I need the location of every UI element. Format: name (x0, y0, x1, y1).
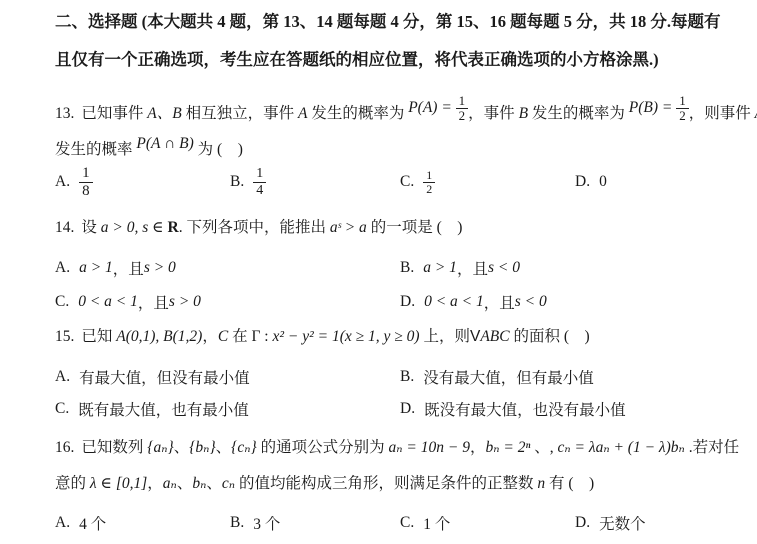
q13-stem-line2: 发生的概率 P(A ∩ B) 为 ( ) (55, 133, 243, 161)
math-run-bold-R: R (167, 219, 178, 236)
option-label: B. (230, 173, 244, 191)
text-run: 的一项是 ( ) (367, 219, 463, 236)
option-label: C. (400, 514, 414, 532)
text-run: ， (147, 475, 163, 492)
q16-number: 16. (55, 439, 74, 456)
math-run: a > 1 (423, 259, 457, 277)
text-run: ，且 (457, 257, 488, 279)
text-run: ，事件 (468, 105, 518, 122)
q14-options-row2: C.0 < a < 1，且 s > 0 D.0 < a < 1，且 s < 0 (55, 291, 755, 315)
math-run: bₙ (192, 475, 206, 492)
math-run: n (537, 475, 545, 492)
option-label: A. (55, 368, 70, 386)
fraction-numerator: 1 (253, 166, 266, 181)
math-run: {cₙ} (231, 439, 257, 456)
q14-stem: 14.设 a > 0, s ∈ R. 下列各项中，能推出 aˢ > a 的一项是… (55, 217, 462, 239)
header-text: 二、选择题 (本大题共 4 题，第 13、14 题每题 4 分，第 15、16 … (55, 12, 721, 31)
option-text: 1 个 (423, 512, 450, 534)
text-run: ， (470, 439, 486, 456)
q13-number: 13. (55, 105, 74, 122)
option-text: 0 (599, 173, 607, 191)
text-run: 已知数列 (81, 439, 147, 456)
text-run: ，则事件 (689, 105, 755, 122)
text-run: 的通项公式分别为 (257, 439, 389, 456)
text-run: 上，则 (420, 328, 470, 345)
q14-option-b: B.a > 1，且 s < 0 (400, 257, 520, 279)
fraction: 14 (253, 166, 266, 197)
q16-option-b: B.3 个 (230, 512, 280, 534)
fraction: 18 (79, 165, 93, 198)
text-run: 已知事件 (81, 105, 147, 122)
header-text: 且仅有一个正确选项，考生应在答题纸的相应位置，将代表正确选项的小方格涂黑.) (55, 50, 659, 69)
section-header-line2: 且仅有一个正确选项，考生应在答题纸的相应位置，将代表正确选项的小方格涂黑.) (55, 48, 745, 71)
q13-option-d: D.0 (575, 161, 607, 203)
fraction-denominator: 2 (676, 108, 689, 123)
option-label: C. (400, 173, 414, 191)
option-label: D. (400, 293, 415, 311)
q13-option-a: A.18 (55, 161, 93, 203)
q15-option-b: B.没有最大值，但有最小值 (400, 366, 594, 388)
math-run: aₙ = 10n − 9 (389, 439, 470, 456)
q14-option-a: A.a > 1，且 s > 0 (55, 257, 176, 279)
text-run: ，且 (484, 291, 515, 313)
q15-options-row1: A.有最大值，但没有最小值 B.没有最大值，但有最小值 (55, 366, 755, 390)
text-run: 为 ( ) (194, 141, 243, 158)
text-run: 意的 (55, 475, 90, 492)
option-label: A. (55, 514, 70, 532)
text-run: 、 (177, 475, 193, 492)
q13-stem-line1: 13.已知事件 A、B 相互独立，事件 A 发生的概率为 P(A) = 12，事… (55, 94, 757, 125)
q16-option-d: D.无数个 (575, 512, 646, 534)
text-run: 有 ( ) (545, 475, 594, 492)
q13-prob-b-formula: P(B) = 12 (629, 94, 689, 123)
fraction: 12 (423, 169, 435, 196)
q15-option-c: C.既有最大值，也有最小值 (55, 398, 249, 420)
math-run: {bₙ} (189, 439, 215, 456)
text-run: 的面积 ( ) (510, 328, 590, 345)
option-text: 无数个 (599, 512, 646, 534)
option-label: B. (230, 514, 244, 532)
math-run: λ ∈ [0,1] (90, 475, 147, 492)
option-label: D. (575, 173, 590, 191)
fraction-numerator: 1 (676, 94, 689, 108)
q15-option-d: D.既没有最大值，也没有最小值 (400, 398, 626, 420)
q15-number: 15. (55, 328, 74, 345)
text-run: 已知 (81, 328, 116, 345)
math-run: {aₙ} (147, 439, 173, 456)
math-run: s < 0 (515, 293, 547, 311)
text-run: 的值均能构成三角形，则满足条件的正整数 (235, 475, 537, 492)
math-run: a > 1 (79, 259, 113, 277)
math-run: P(A) = (408, 99, 455, 116)
option-text: 既没有最大值，也没有最小值 (424, 398, 626, 420)
math-run: s > 0 (169, 293, 201, 311)
math-run: 0 < a < 1 (78, 293, 138, 311)
math-run: s > 0 (144, 259, 176, 277)
fraction-denominator: 4 (253, 182, 266, 198)
math-run: B (519, 105, 528, 122)
option-label: B. (400, 368, 414, 386)
q16-options: A.4 个 B.3 个 C.1 个 D.无数个 (55, 512, 755, 536)
q13-prob-ab-formula: P(A ∩ B) (136, 133, 193, 155)
fraction-numerator: 1 (423, 169, 435, 182)
option-text: 3 个 (253, 512, 280, 534)
text-run: 在 Γ : (228, 328, 272, 345)
math-run: C (218, 328, 228, 345)
exam-page: { "header": { "line1": "二、选择题 (本大题共 4 题，… (0, 0, 757, 544)
math-run: x² − y² = 1(x ≥ 1, y ≥ 0) (273, 328, 420, 345)
text-run: 设 (81, 219, 100, 236)
q13-option-c: C.12 (400, 161, 435, 203)
text-run: ， (202, 328, 218, 345)
fraction: 12 (676, 94, 689, 123)
option-text: 既有最大值，也有最小值 (78, 398, 249, 420)
math-run: a > 0, s ∈ (101, 219, 168, 236)
math-run: cₙ (222, 475, 235, 492)
math-run: cₙ = λaₙ + (1 − λ)bₙ (557, 439, 684, 456)
option-text: 有最大值，但没有最小值 (79, 366, 250, 388)
fraction-numerator: 1 (79, 165, 93, 181)
option-label: C. (55, 400, 69, 418)
option-label: D. (400, 400, 415, 418)
text-run: 相互独立，事件 (182, 105, 298, 122)
q14-options-row1: A.a > 1，且 s > 0 B.a > 1，且 s < 0 (55, 257, 755, 281)
math-run: aˢ > a (330, 219, 367, 236)
option-label: A. (55, 259, 70, 277)
fraction-denominator: 2 (423, 182, 435, 196)
text-run: .若对任 (685, 439, 739, 456)
option-text: 4 个 (79, 512, 106, 534)
q15-stem: 15.已知 A(0,1), B(1,2)，C 在 Γ : x² − y² = 1… (55, 326, 590, 348)
option-label: D. (575, 514, 590, 532)
math-run: bₙ = 2ⁿ (485, 439, 530, 456)
text-run: 、, (530, 439, 557, 456)
q13-options: A.18 B.14 C.12 D.0 (55, 161, 755, 203)
q14-option-c: C.0 < a < 1，且 s > 0 (55, 291, 201, 313)
fraction-denominator: 2 (456, 108, 469, 123)
q15-options-row2: C.既有最大值，也有最小值 D.既没有最大值，也没有最小值 (55, 398, 755, 422)
triangle-symbol: V (470, 328, 480, 345)
math-run: s < 0 (488, 259, 520, 277)
math-run: ABC (480, 328, 509, 345)
math-run: P(B) = (629, 99, 676, 116)
text-run: . 下列各项中，能推出 (179, 219, 330, 236)
text-run: 、 (216, 439, 232, 456)
text-run: ，且 (138, 291, 169, 313)
q16-option-a: A.4 个 (55, 512, 106, 534)
option-label: C. (55, 293, 69, 311)
option-label: A. (55, 173, 70, 191)
q16-stem-line1: 16.已知数列 {aₙ}、{bₙ}、{cₙ} 的通项公式分别为 aₙ = 10n… (55, 437, 739, 459)
math-run: A(0,1), B(1,2) (116, 328, 202, 345)
q14-option-d: D.0 < a < 1，且 s < 0 (400, 291, 547, 313)
section-header-line1: 二、选择题 (本大题共 4 题，第 13、14 题每题 4 分，第 15、16 … (55, 10, 745, 33)
text-run: 、 (206, 475, 222, 492)
math-run: aₙ (163, 475, 177, 492)
math-run: A、B (147, 105, 181, 122)
q14-number: 14. (55, 219, 74, 236)
text-run: 发生的概率为 (528, 105, 629, 122)
fraction: 12 (456, 94, 469, 123)
q16-option-c: C.1 个 (400, 512, 450, 534)
q15-option-a: A.有最大值，但没有最小值 (55, 366, 250, 388)
q13-prob-a-formula: P(A) = 12 (408, 94, 468, 123)
q16-stem-line2: 意的 λ ∈ [0,1]，aₙ、bₙ、cₙ 的值均能构成三角形，则满足条件的正整… (55, 473, 594, 495)
math-run: 0 < a < 1 (424, 293, 484, 311)
text-run: 发生的概率 (55, 141, 136, 158)
option-text: 没有最大值，但有最小值 (423, 366, 594, 388)
text-run: 、 (174, 439, 190, 456)
q13-option-b: B.14 (230, 161, 266, 203)
text-run: 发生的概率为 (307, 105, 408, 122)
fraction-denominator: 8 (79, 182, 93, 199)
option-label: B. (400, 259, 414, 277)
fraction-numerator: 1 (456, 94, 469, 108)
text-run: ，且 (113, 257, 144, 279)
